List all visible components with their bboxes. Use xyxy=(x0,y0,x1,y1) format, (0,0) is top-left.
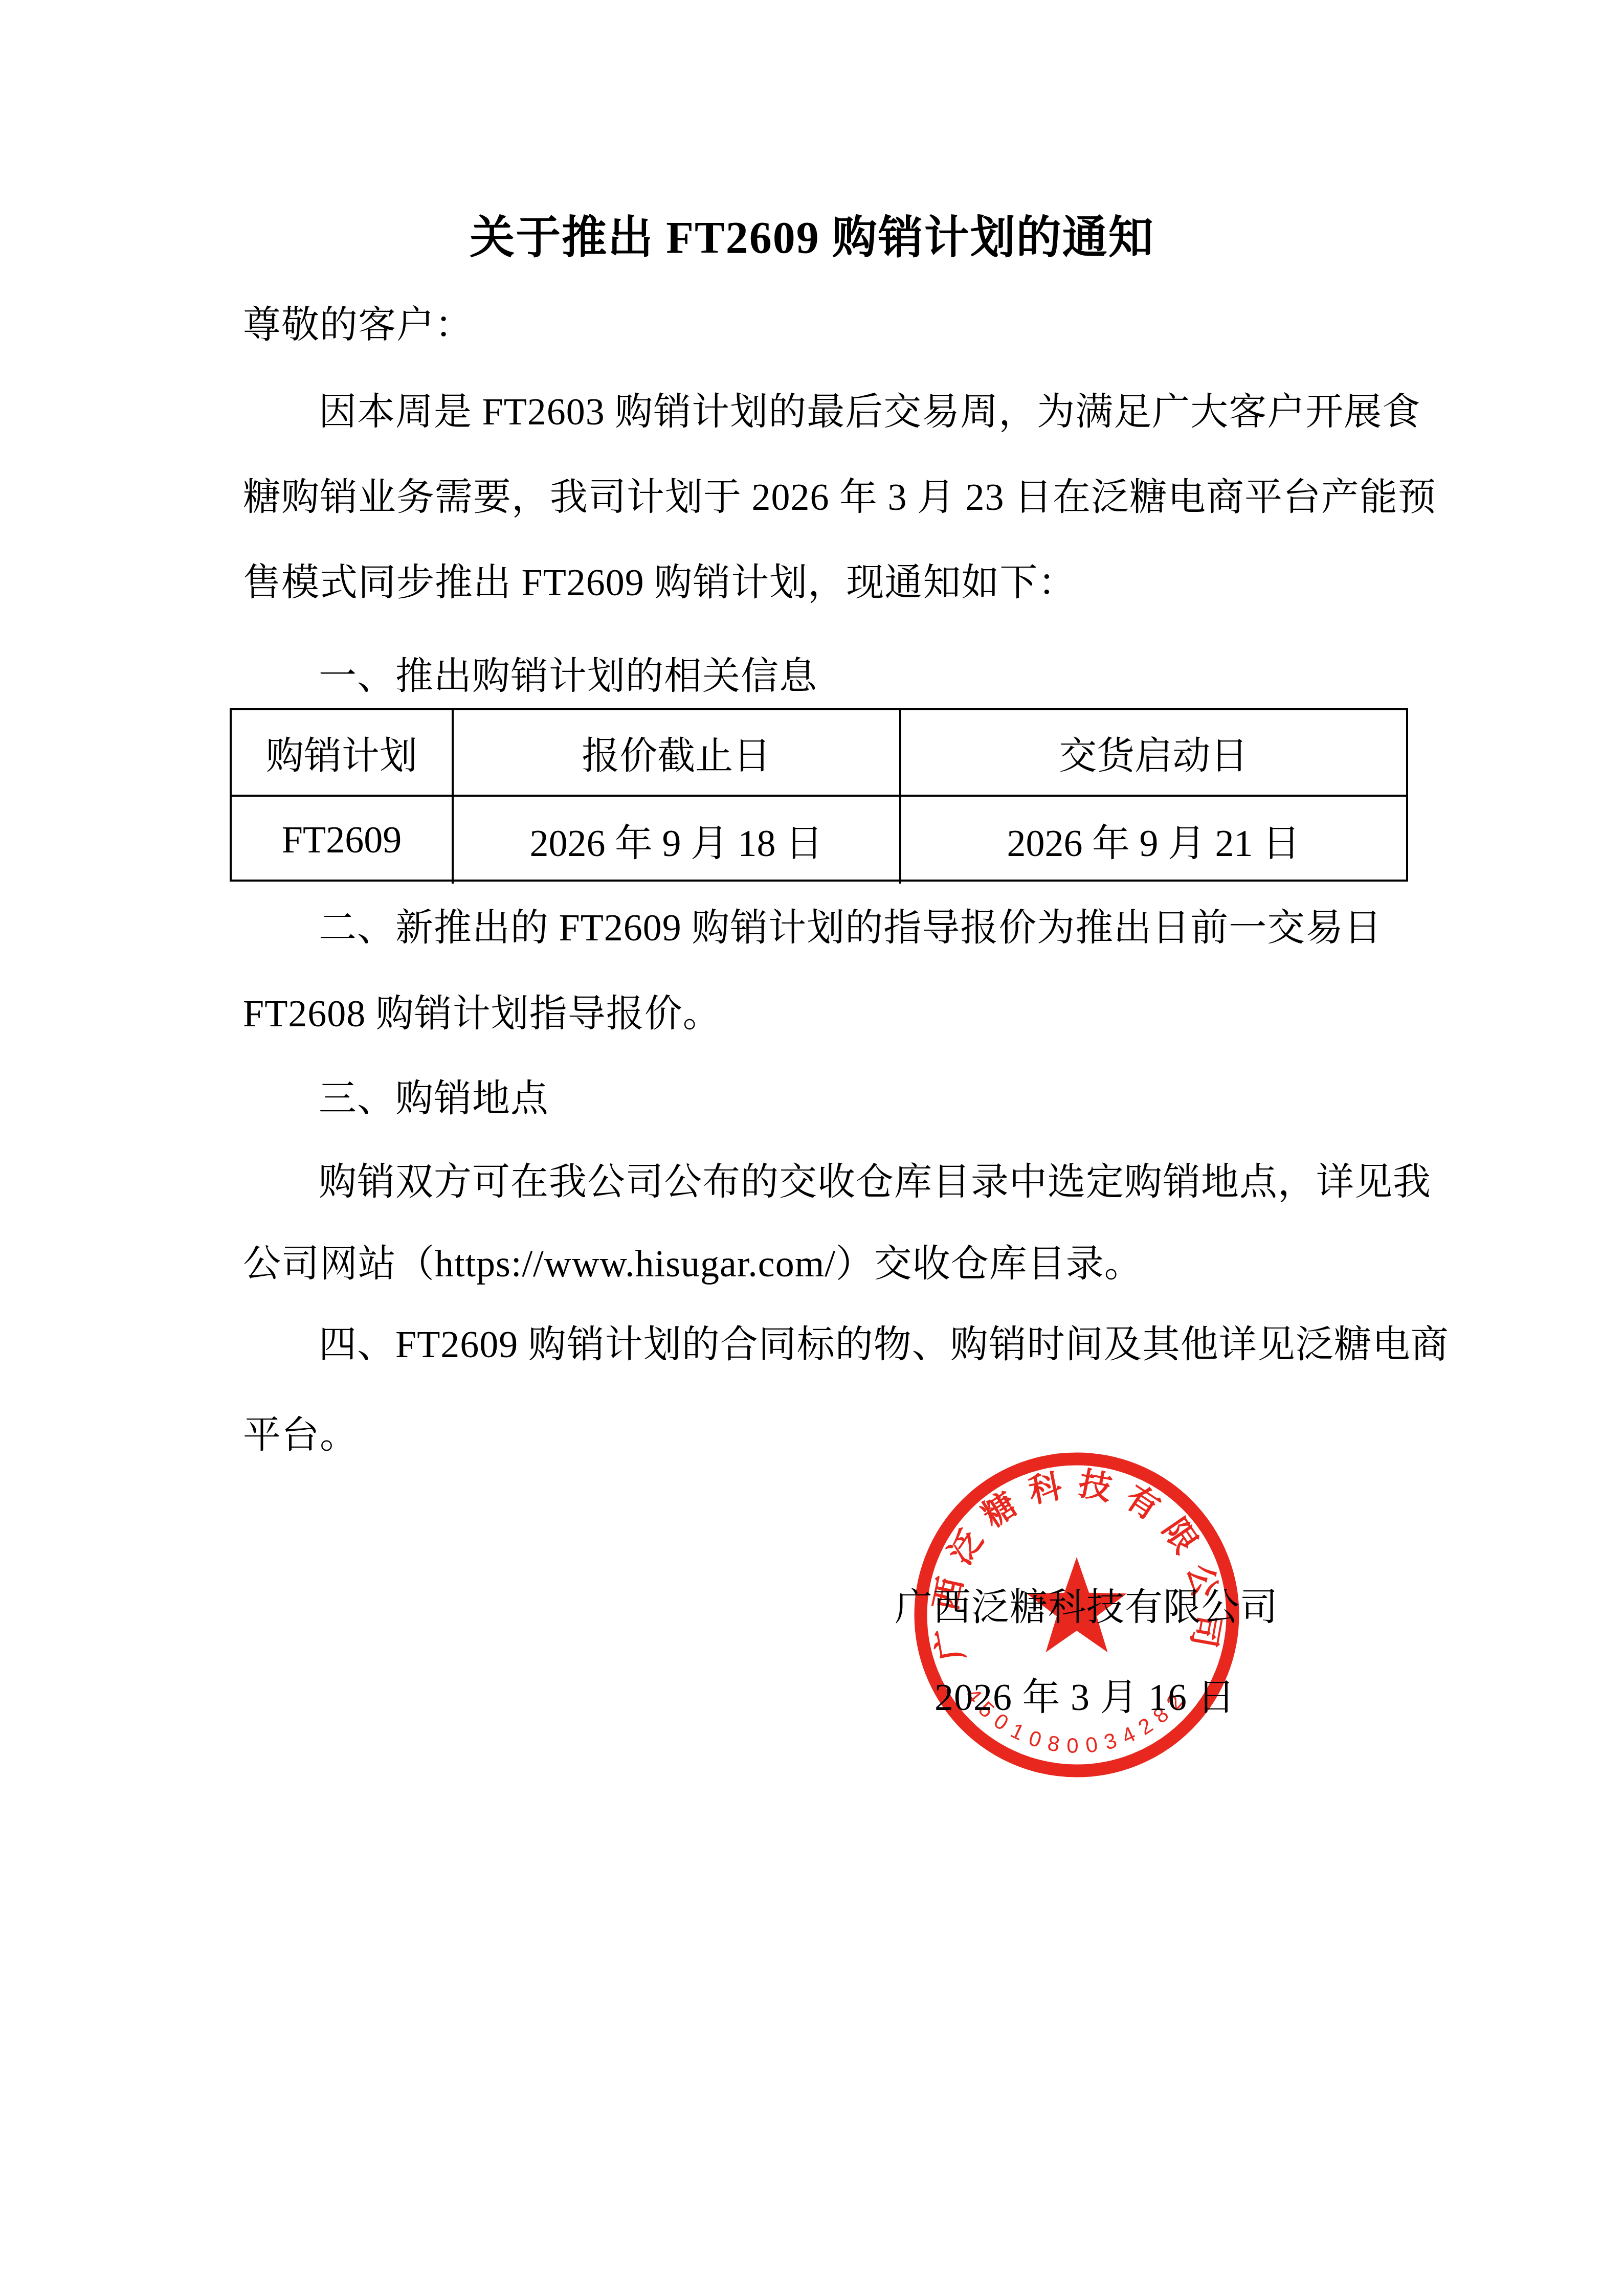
table-cell-delivery-start: 2026 年 9 月 21 日 xyxy=(901,797,1406,884)
paragraph-1-line-1: 因本周是 FT2603 购销计划的最后交易周，为满足广大客户开展食 xyxy=(319,391,1420,434)
plan-info-table: 购销计划 报价截止日 交货启动日 FT2609 2026 年 9 月 18 日 … xyxy=(230,708,1408,882)
section-2-line-1: 二、新推出的 FT2609 购销计划的指导报价为推出日前一交易日 xyxy=(319,907,1382,950)
document-page: 关于推出 FT2609 购销计划的通知 尊敬的客户： 因本周是 FT2603 购… xyxy=(0,0,1624,2296)
section-4-line-2: 平台。 xyxy=(243,1414,358,1457)
table-header-delivery-start: 交货启动日 xyxy=(901,710,1406,797)
salutation: 尊敬的客户： xyxy=(243,304,473,347)
table-header-plan: 购销计划 xyxy=(232,710,454,797)
paragraph-1-line-2: 糖购销业务需要，我司计划于 2026 年 3 月 23 日在泛糖电商平台产能预 xyxy=(243,476,1436,520)
section-2-line-2: FT2608 购销计划指导报价。 xyxy=(243,993,721,1036)
section-3-line-1: 购销双方可在我公司公布的交收仓库目录中选定购销地点，详见我 xyxy=(319,1161,1431,1204)
section-4-line-1: 四、FT2609 购销计划的合同标的物、购销时间及其他详见泛糖电商 xyxy=(319,1323,1449,1367)
table-header-quote-deadline: 报价截止日 xyxy=(454,710,901,797)
signature-date: 2026 年 3 月 16 日 xyxy=(935,1677,1236,1719)
page-title: 关于推出 FT2609 购销计划的通知 xyxy=(0,214,1624,263)
section-3-heading: 三、购销地点 xyxy=(319,1077,549,1121)
table-cell-plan: FT2609 xyxy=(232,797,454,884)
paragraph-1-line-3: 售模式同步推出 FT2609 购销计划，现通知如下： xyxy=(243,561,1076,605)
section-1-heading: 一、推出购销计划的相关信息 xyxy=(319,655,817,699)
section-3-line-2: 公司网站（https://www.hisugar.com/）交收仓库目录。 xyxy=(243,1243,1143,1286)
signature-company-name: 广西泛糖科技有限公司 xyxy=(895,1587,1278,1629)
table-cell-quote-deadline: 2026 年 9 月 18 日 xyxy=(454,797,901,884)
